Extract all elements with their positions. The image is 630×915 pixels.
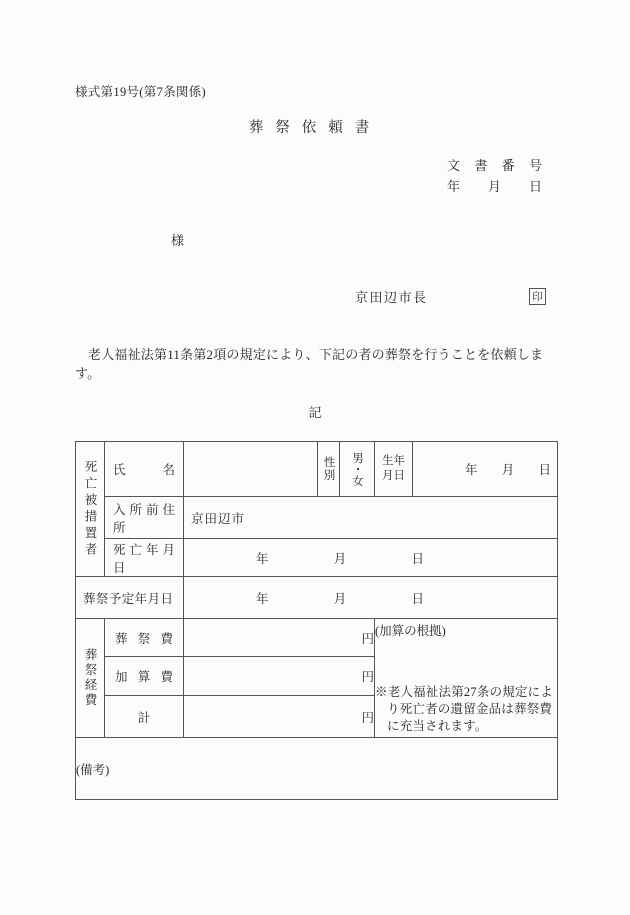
death-date-units: 年月日 <box>256 549 424 567</box>
total-label: 計 <box>138 711 151 725</box>
form-style-number: 様式第19号(第7条関係) <box>75 82 206 100</box>
addition-cost-amount-cell: 円 <box>184 657 375 696</box>
addition-cost-label: 加算費 <box>105 667 183 685</box>
sex-options-cell: 男・女 <box>340 442 375 497</box>
document-number-label: 文書番号 <box>447 155 542 176</box>
statute-note-line2: り死亡者の遺留金品は葬祭費 <box>375 701 557 718</box>
funeral-cost-amount-cell: 円 <box>184 619 375 657</box>
birth-date-cell: 年月日 <box>413 442 558 497</box>
funeral-request-table: 死亡被措置者 氏名 性別 男・女 生年月日 年月日 <box>75 441 558 800</box>
addition-basis-label: (加算の根拠) <box>375 621 557 639</box>
address-label: 入所前住所 <box>105 500 183 536</box>
birth-date-label: 生年月日 <box>381 454 406 484</box>
table-row: 死亡年月日 年月日 <box>76 539 558 577</box>
total-label-cell: 計 <box>105 696 184 738</box>
funeral-cost-label-cell: 葬祭費 <box>105 619 184 657</box>
funeral-date-label: 葬祭予定年月日 <box>76 589 183 607</box>
currency-unit: 円 <box>361 711 374 725</box>
name-input-cell <box>184 442 318 497</box>
document-number-block: 文書番号 年月日 <box>447 155 542 197</box>
death-date-label: 死亡年月日 <box>105 540 183 576</box>
addition-basis-cell: (加算の根拠) ※老人福祉法第27条の規定によ り死亡者の遺留金品は葬祭費 に充… <box>375 619 558 738</box>
seal-mark: 印 <box>529 288 546 305</box>
remarks-label: (備考) <box>76 763 109 777</box>
expenses-group-cell: 葬祭経費 <box>76 619 105 738</box>
sex-options: 男・女 <box>351 452 363 487</box>
address-value: 京田辺市 <box>184 509 557 527</box>
death-date-cell: 年月日 <box>184 539 558 577</box>
addressee-honorific: 様 <box>171 230 184 249</box>
currency-unit: 円 <box>361 632 374 646</box>
funeral-date-label-cell: 葬祭予定年月日 <box>76 577 184 619</box>
birth-label-cell: 生年月日 <box>375 442 413 497</box>
sender-mayor-name: 京田辺市長 <box>355 287 428 306</box>
deceased-group-cell: 死亡被措置者 <box>76 442 105 577</box>
table-row: 入所前住所 京田辺市 <box>76 497 558 539</box>
funeral-date-units: 年月日 <box>256 589 424 607</box>
address-value-cell: 京田辺市 <box>184 497 558 539</box>
funeral-request-form-page: 様式第19号(第7条関係) 葬祭依頼書 文書番号 年月日 様 京田辺市長 印 老… <box>0 0 630 915</box>
record-mark: 記 <box>0 402 630 421</box>
address-label-cell: 入所前住所 <box>105 497 184 539</box>
death-date-label-cell: 死亡年月日 <box>105 539 184 577</box>
funeral-date-cell: 年月日 <box>184 577 558 619</box>
funeral-cost-label: 葬祭費 <box>105 629 183 647</box>
total-amount-cell: 円 <box>184 696 375 738</box>
sex-label-cell: 性別 <box>318 442 340 497</box>
name-label-cell: 氏名 <box>105 442 184 497</box>
expenses-group-label: 葬祭経費 <box>81 648 99 708</box>
table-row: 死亡被措置者 氏名 性別 男・女 生年月日 年月日 <box>76 442 558 497</box>
currency-unit: 円 <box>361 670 374 684</box>
request-body-text: 老人福祉法第11条第2項の規定により、下記の者の葬祭を行うことを依頼します。 <box>75 344 547 382</box>
document-date-line: 年月日 <box>447 176 542 197</box>
birth-date-units: 年月日 <box>465 460 551 478</box>
table-row: 葬祭経費 葬祭費 円 (加算の根拠) ※老人福祉法第27条の規定によ り死亡者の… <box>76 619 558 657</box>
sex-label: 性別 <box>321 456 337 482</box>
page-title: 葬祭依頼書 <box>0 116 630 137</box>
table-row: (備考) <box>76 738 558 800</box>
name-label: 氏名 <box>105 460 183 478</box>
table-row: 葬祭予定年月日 年月日 <box>76 577 558 619</box>
statute-note-line3: に充当されます。 <box>375 718 557 735</box>
remarks-cell: (備考) <box>76 738 558 800</box>
deceased-group-label: 死亡被措置者 <box>81 460 99 559</box>
statute-note: ※老人福祉法第27条の規定によ り死亡者の遺留金品は葬祭費 に充当されます。 <box>375 684 557 735</box>
statute-note-line1: ※老人福祉法第27条の規定によ <box>375 684 557 701</box>
addition-cost-label-cell: 加算費 <box>105 657 184 696</box>
